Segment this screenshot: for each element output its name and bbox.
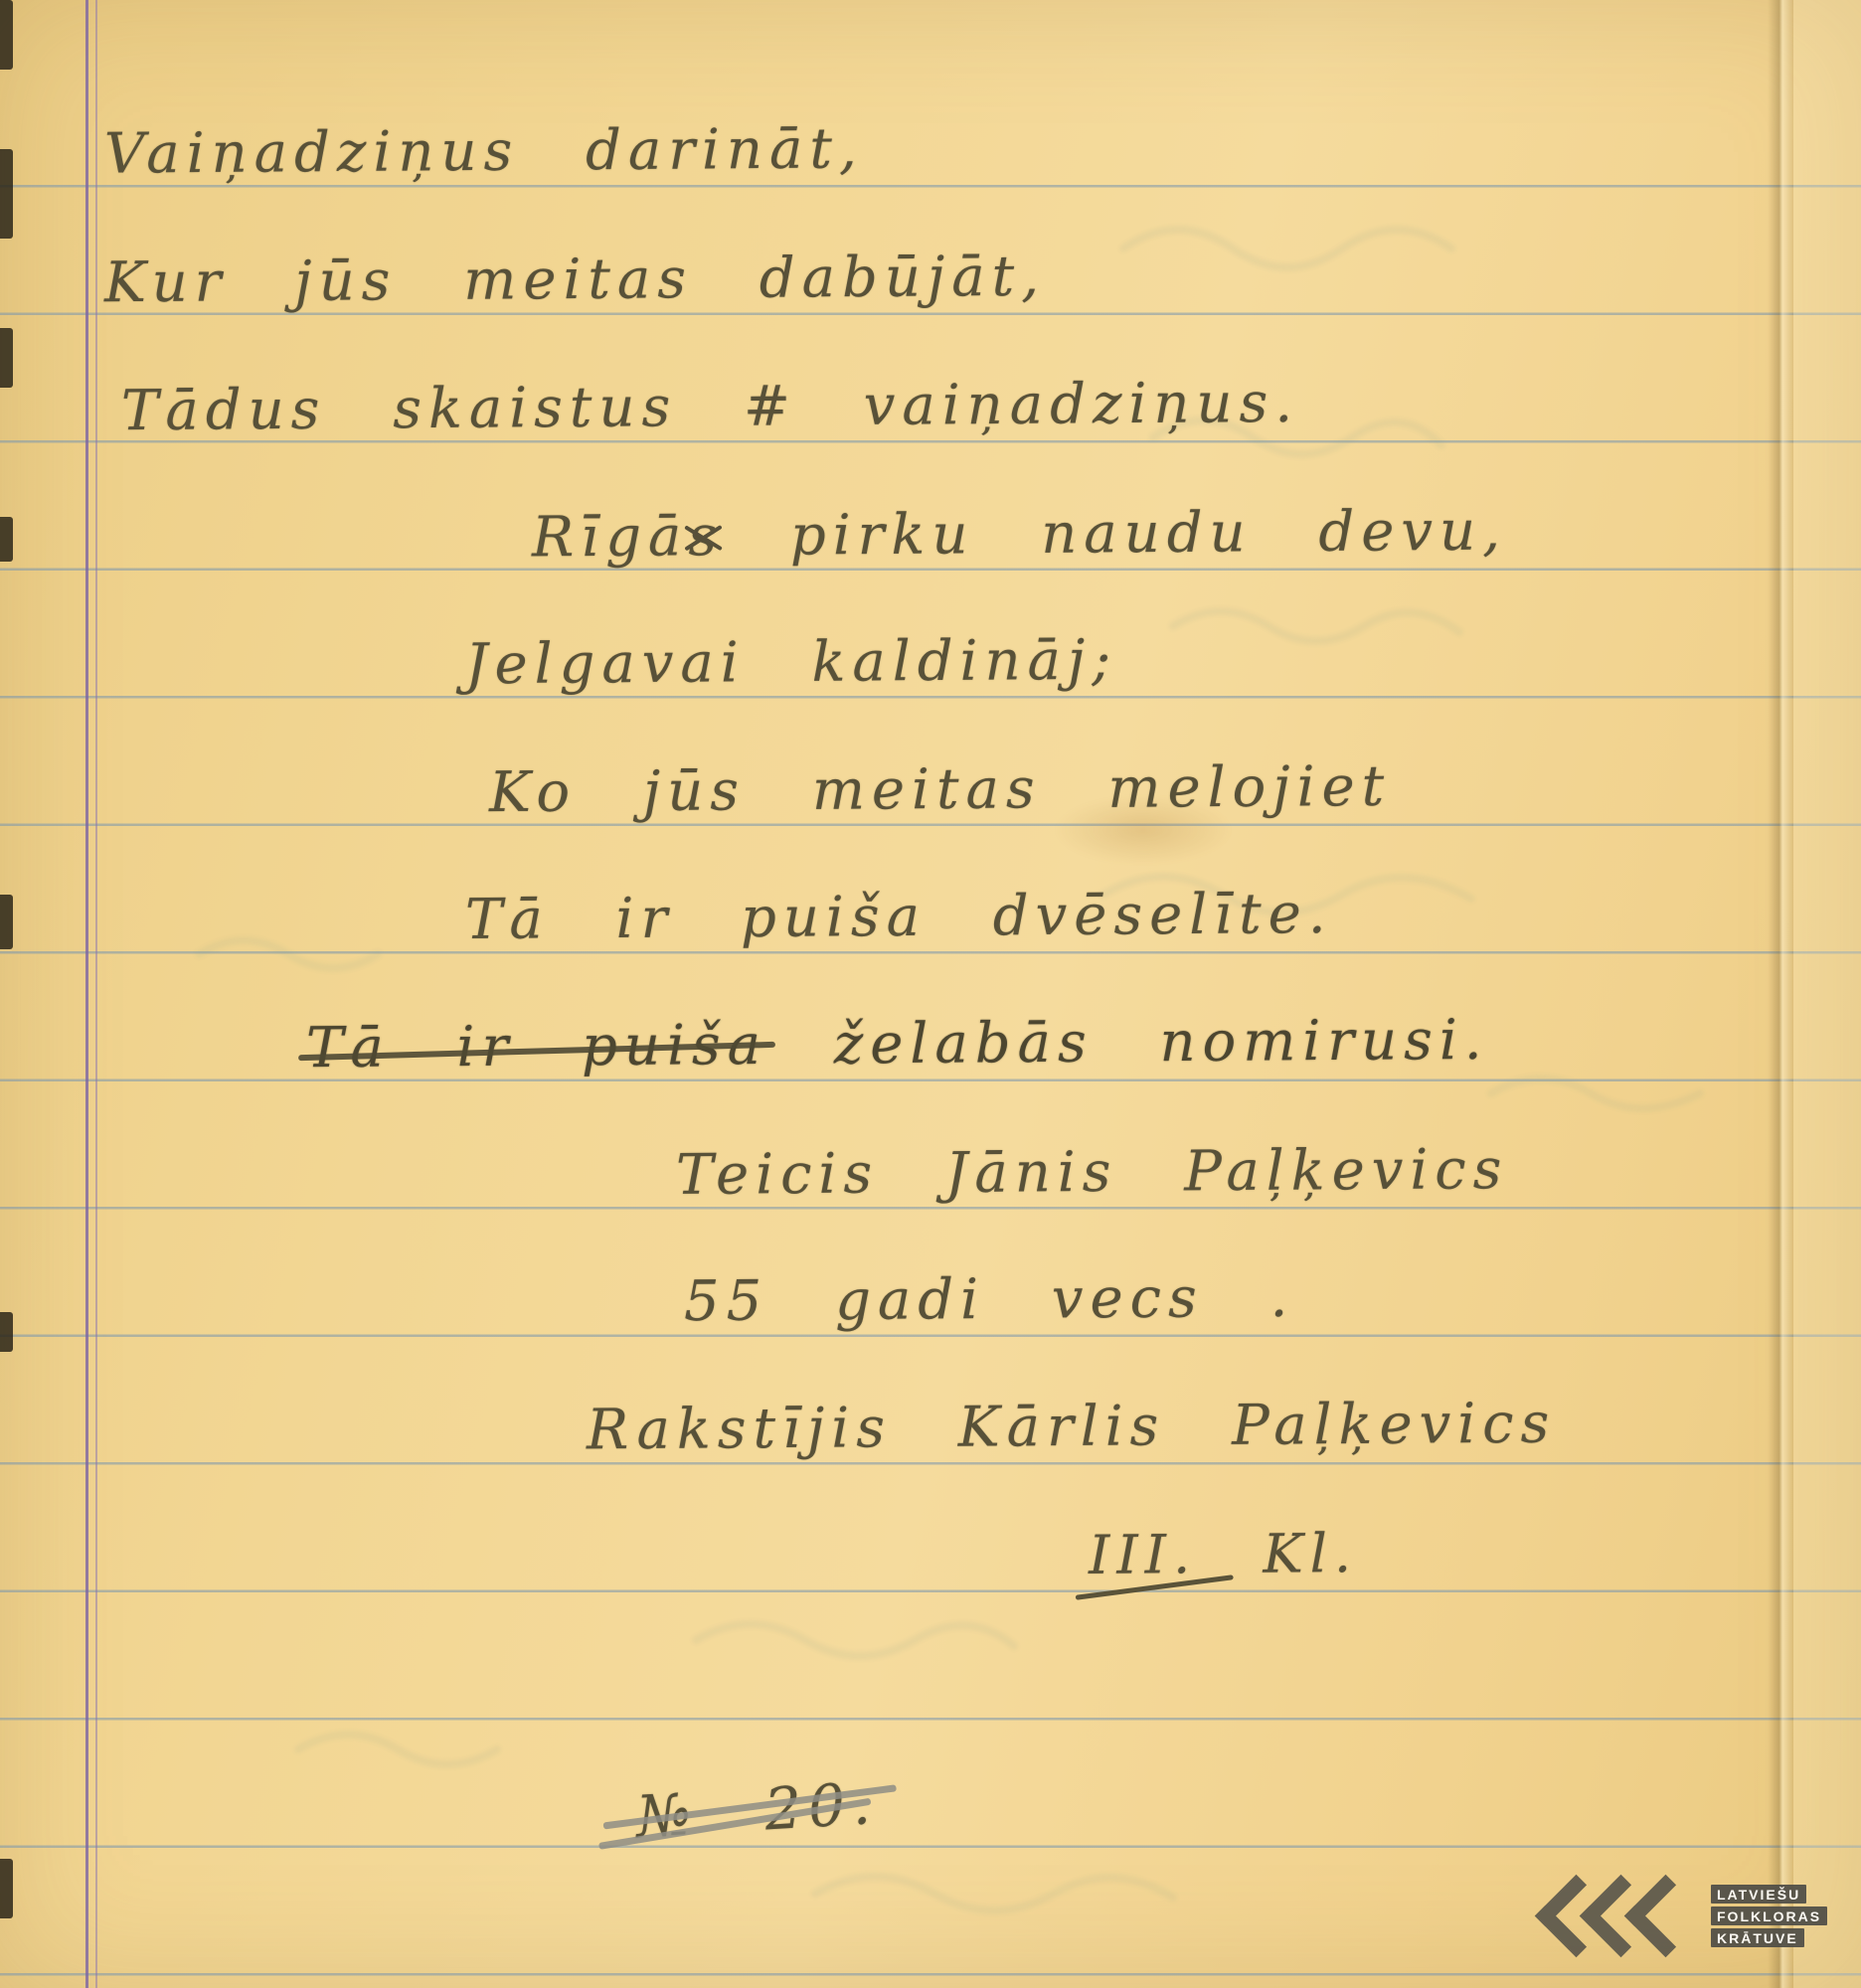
- scan-edge-mark: [0, 0, 13, 70]
- watermark-text: LATVIEŠU FOLKLORAS KRĀTUVE: [1711, 1885, 1827, 1947]
- verse-line-5: Jelgavai kaldināj;: [465, 630, 1118, 696]
- scan-edge-mark: [0, 149, 13, 239]
- scribe-line: Rakstījis Kārlis Paļķevics: [587, 1394, 1557, 1461]
- item-number-line: № 20.: [636, 1778, 878, 1843]
- scan-edge-mark: [0, 1312, 13, 1352]
- page-edge-crease: [1768, 0, 1793, 1988]
- verse-line-3: Tādus skaistus # vaiņadziņus.: [121, 373, 1299, 442]
- next-page-strip: [1793, 0, 1861, 1988]
- archive-watermark: LATVIEŠU FOLKLORAS KRĀTUVE: [1547, 1885, 1827, 1947]
- informant-line: Teicis Jānis Paļķevics: [676, 1139, 1509, 1206]
- pen-strikethrough: Tā ir puiša: [306, 1015, 767, 1079]
- verse-line-6: Ko jūs meitas melojiet: [489, 756, 1392, 824]
- margin-line: [85, 0, 88, 1988]
- verse-line-4: Rīgās pirku naudu devu,: [532, 501, 1507, 569]
- crossed-out-line: Tā ir puiša želabās nomirusi.: [306, 1010, 1489, 1079]
- margin-line-inner: [95, 0, 97, 1988]
- scan-edge-mark: [0, 328, 13, 388]
- underlined-class: III. Kl.: [1089, 1524, 1359, 1584]
- class-line: III. Kl.: [1089, 1524, 1359, 1584]
- verse-line-2: Kur jūs meitas dabūjāt,: [104, 247, 1046, 314]
- crossed-out-letter: s: [688, 506, 724, 568]
- scan-edge-mark: [0, 1859, 13, 1918]
- chevron-icon: [1624, 1875, 1707, 1957]
- item-number: № 20.: [634, 1772, 879, 1850]
- notebook-page: Vaiņadziņus darināt, Kur jūs meitas dabū…: [0, 0, 1861, 1988]
- scan-edge-mark: [0, 895, 13, 949]
- verse-line-7: Tā ir puiša dvēselīte.: [465, 884, 1333, 951]
- verse-line-1: Vaiņadziņus darināt,: [104, 118, 864, 185]
- scan-edge-mark: [0, 517, 13, 562]
- age-line: 55 gadi vecs .: [684, 1267, 1295, 1333]
